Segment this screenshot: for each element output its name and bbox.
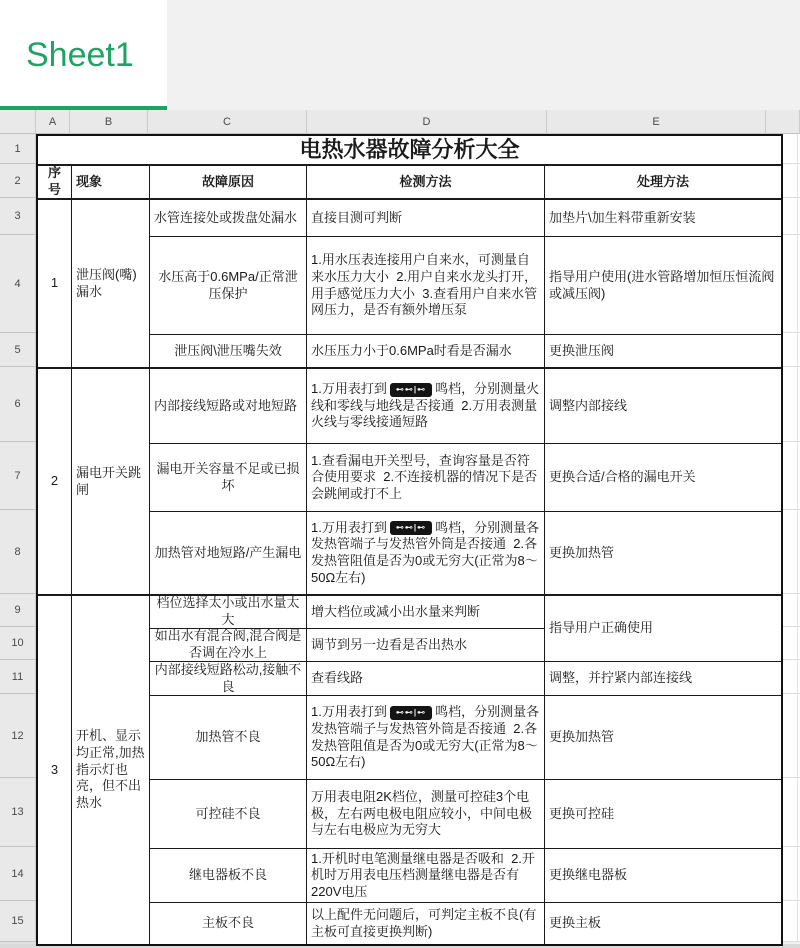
row-header-2[interactable]: 2 [0, 164, 36, 198]
header-cell-no[interactable]: 序号 [38, 166, 72, 200]
cell-r5-handle[interactable]: 更换泄压阀 [545, 335, 781, 369]
cell-r15-detect[interactable]: 以上配件无问题后，可判定主板不良(有主板可直接更换判断) [307, 903, 545, 944]
cell-r15-cause[interactable]: 主板不良 [150, 903, 307, 944]
cell-r14-handle[interactable]: 更换继电器板 [545, 849, 781, 903]
cell-section1-no[interactable]: 1 [38, 200, 72, 369]
column-header-c[interactable]: C [148, 110, 307, 134]
row-header-13[interactable]: 13 [0, 778, 36, 847]
cell-r14-detect[interactable]: 1.开机时电笔测量继电器是否吸和 2.开机时万用表电压档测量继电器是否有220V… [307, 849, 545, 903]
header-cell-cause[interactable]: 故障原因 [150, 166, 307, 200]
sheet-tab[interactable]: Sheet1 [0, 0, 167, 106]
cell-r4-detect[interactable]: 1.用水压表连接用户自来水，可测量自来水压力大小 2.用户自来水龙头打开，用手感… [307, 237, 545, 335]
column-header-d[interactable]: D [307, 110, 547, 134]
cell-r15-handle[interactable]: 更换主板 [545, 903, 781, 944]
cell-r10-cause[interactable]: 如出水有混合阀,混合阀是否调在冷水上 [150, 629, 307, 662]
cell-r8-cause[interactable]: 加热管对地短路/产生漏电 [150, 512, 307, 596]
fault-analysis-table: 电热水器故障分析大全 序号 现象 故障原因 检测方法 处理方法 1 泄压阀(嘴)… [36, 134, 783, 946]
cell-r7-handle[interactable]: 更换合适/合格的漏电开关 [545, 444, 781, 512]
row-header-strip: 1 2 3 4 5 6 7 8 9 10 11 12 13 14 15 [0, 134, 36, 942]
cell-r13-cause[interactable]: 可控硅不良 [150, 780, 307, 849]
column-header-a[interactable]: A [36, 110, 70, 134]
detect-text: 1.万用表打到 [311, 381, 387, 396]
table-title[interactable]: 电热水器故障分析大全 [38, 136, 781, 166]
cell-r10-detect[interactable]: 调节到另一边看是否出热水 [307, 629, 545, 662]
tab-bar: Sheet1 [0, 0, 800, 110]
cell-r11-handle[interactable]: 调整，并拧紧内部连接线 [545, 662, 781, 696]
cell-r4-cause[interactable]: 水压高于0.6MPa/正常泄压保护 [150, 237, 307, 335]
cell-r12-handle[interactable]: 更换加热管 [545, 696, 781, 780]
cell-r12-detect[interactable]: 1.万用表打到⊷⊷|⊷鸣档，分别测量各发热管端子与发热管外筒是否接通 2.各发热… [307, 696, 545, 780]
header-cell-phenomenon[interactable]: 现象 [72, 166, 150, 200]
multimeter-buzzer-icon: ⊷⊷|⊷ [390, 521, 432, 535]
cell-r8-detect[interactable]: 1.万用表打到⊷⊷|⊷鸣档，分别测量各发热管端子与发热管外筒是否接通 2.各发热… [307, 512, 545, 596]
detect-text: 1.万用表打到 [311, 520, 387, 535]
cell-r7-detect[interactable]: 1.查看漏电开关型号，查询容量是否符合使用要求 2.不连接机器的情况下是否会跳闸… [307, 444, 545, 512]
column-header-e[interactable]: E [547, 110, 766, 134]
cell-r9-r10-handle-merged[interactable]: 指导用户正确使用 [545, 596, 781, 662]
cell-r3-detect[interactable]: 直接目测可判断 [307, 200, 545, 237]
sheet-tab-label: Sheet1 [26, 36, 134, 75]
cell-r5-cause[interactable]: 泄压阀\泄压嘴失效 [150, 335, 307, 369]
cell-section3-phenomenon[interactable]: 开机、显示均正常,加热指示灯也亮，但不出热水 [72, 596, 150, 944]
row-header-9[interactable]: 9 [0, 594, 36, 627]
row-header-12[interactable]: 12 [0, 694, 36, 778]
cell-r3-handle[interactable]: 加垫片\加生料带重新安装 [545, 200, 781, 237]
cell-r5-detect[interactable]: 水压压力小于0.6MPa时看是否漏水 [307, 335, 545, 369]
cell-section1-phenomenon[interactable]: 泄压阀(嘴) 漏水 [72, 200, 150, 369]
cell-r8-handle[interactable]: 更换加热管 [545, 512, 781, 596]
cell-section2-no[interactable]: 2 [38, 369, 72, 596]
header-cell-detect[interactable]: 检测方法 [307, 166, 545, 200]
cell-r6-handle[interactable]: 调整内部接线 [545, 369, 781, 444]
cell-r12-cause[interactable]: 加热管不良 [150, 696, 307, 780]
multimeter-buzzer-icon: ⊷⊷|⊷ [390, 706, 432, 720]
cell-r6-cause[interactable]: 内部接线短路或对地短路 [150, 369, 307, 444]
cell-r11-detect[interactable]: 查看线路 [307, 662, 545, 696]
cell-r13-handle[interactable]: 更换可控硅 [545, 780, 781, 849]
column-header-gutter [766, 110, 800, 134]
header-cell-handle[interactable]: 处理方法 [545, 166, 781, 200]
row-header-8[interactable]: 8 [0, 510, 36, 594]
row-header-7[interactable]: 7 [0, 442, 36, 510]
multimeter-buzzer-icon: ⊷⊷|⊷ [390, 383, 432, 397]
cell-r6-detect[interactable]: 1.万用表打到⊷⊷|⊷鸣档，分别测量火线和零线与地线是否接通 2.万用表测量火线… [307, 369, 545, 444]
cell-r14-cause[interactable]: 继电器板不良 [150, 849, 307, 903]
row-header-11[interactable]: 11 [0, 660, 36, 694]
cell-r7-cause[interactable]: 漏电开关容量不足或已损坏 [150, 444, 307, 512]
row-header-15[interactable]: 15 [0, 901, 36, 942]
cell-r3-cause[interactable]: 水管连接处或拨盘处漏水 [150, 200, 307, 237]
row-header-3[interactable]: 3 [0, 198, 36, 235]
cell-r9-detect[interactable]: 增大档位或减小出水量来判断 [307, 596, 545, 629]
column-header-b[interactable]: B [70, 110, 148, 134]
cell-r9-cause[interactable]: 档位选择太小或出水量太大 [150, 596, 307, 629]
row-header-10[interactable]: 10 [0, 627, 36, 660]
row-header-6[interactable]: 6 [0, 367, 36, 442]
row-header-14[interactable]: 14 [0, 847, 36, 901]
cell-r11-cause[interactable]: 内部接线短路松动,接触不良 [150, 662, 307, 696]
cell-section3-no[interactable]: 3 [38, 596, 72, 944]
gridline-vertical [797, 134, 798, 942]
row-header-4[interactable]: 4 [0, 235, 36, 333]
detect-text: 1.万用表打到 [311, 704, 387, 719]
column-header-strip: A B C D E [0, 110, 800, 134]
corner-select-all-cell[interactable] [0, 110, 36, 134]
row-header-5[interactable]: 5 [0, 333, 36, 367]
cell-section2-phenomenon[interactable]: 漏电开关跳闸 [72, 369, 150, 596]
row-header-1[interactable]: 1 [0, 134, 36, 164]
cell-r13-detect[interactable]: 万用表电阻2K档位，测量可控硅3个电极，左右两电极电阻应较小，中间电极与左右电极… [307, 780, 545, 849]
cell-r4-handle[interactable]: 指导用户使用(进水管路增加恒压恒流阀或减压阀) [545, 237, 781, 335]
